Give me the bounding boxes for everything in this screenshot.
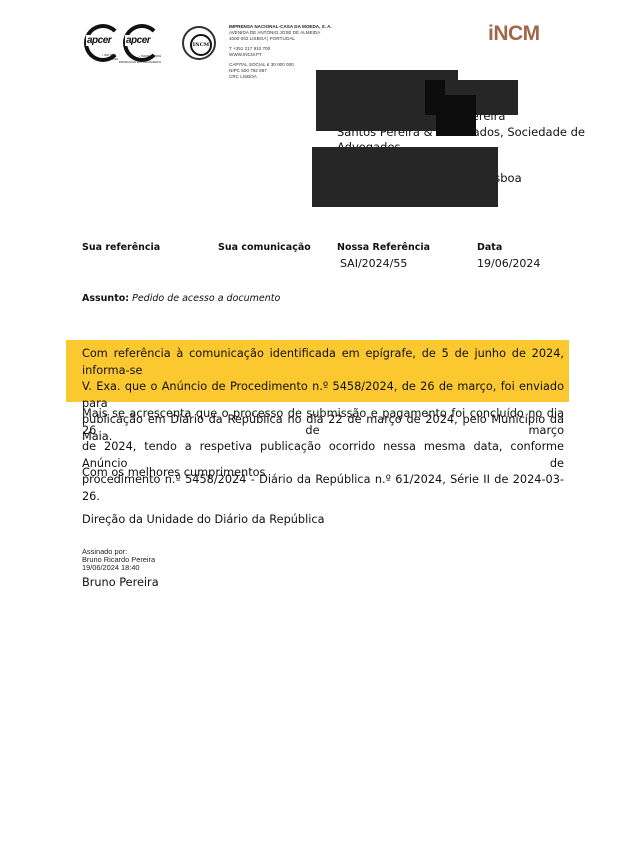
apcer-caption: PRODUÇÃO DO TACÓGRAFO [119, 60, 161, 64]
closing-text: Com os melhores cumprimentos [82, 466, 265, 479]
subject-value: Pedido de acesso a documento [132, 293, 280, 304]
apcer-certification-logo-2: apcer • ISO/IEC 27001 PRODUÇÃO DO TACÓGR… [121, 22, 159, 60]
apcer-text: apcer [125, 35, 151, 46]
nossa-referencia-value: SAI/2024/55 [340, 257, 407, 270]
digital-signature-block: Assinado por: Bruno Ricardo Pereira 19/0… [82, 548, 155, 572]
department-name: Direção da Unidade do Diário da Repúblic… [82, 513, 325, 526]
apcer-certification-logo-1: apcer • ISO 9001 • ISO 14001 [82, 22, 120, 60]
body-paragraph: Mais se acrescenta que o processo de sub… [82, 406, 564, 505]
apcer-text: apcer [86, 35, 112, 46]
sua-referencia-label: Sua referência [82, 242, 160, 253]
incm-brand-logo: iNCM [488, 22, 540, 46]
signatory-name: Bruno Pereira [82, 576, 159, 589]
incm-seal-icon: INCM [182, 26, 216, 60]
sua-comunicacao-label: Sua comunicação [218, 242, 311, 253]
subject-line: Assunto: Pedido de acesso a documento [82, 293, 280, 304]
redaction-box [312, 147, 498, 207]
date-value: 19/06/2024 [477, 257, 540, 270]
redaction-box [425, 80, 445, 115]
nossa-referencia-label: Nossa Referência [337, 242, 430, 253]
data-label: Data [477, 242, 502, 253]
subject-label: Assunto: [82, 293, 129, 304]
